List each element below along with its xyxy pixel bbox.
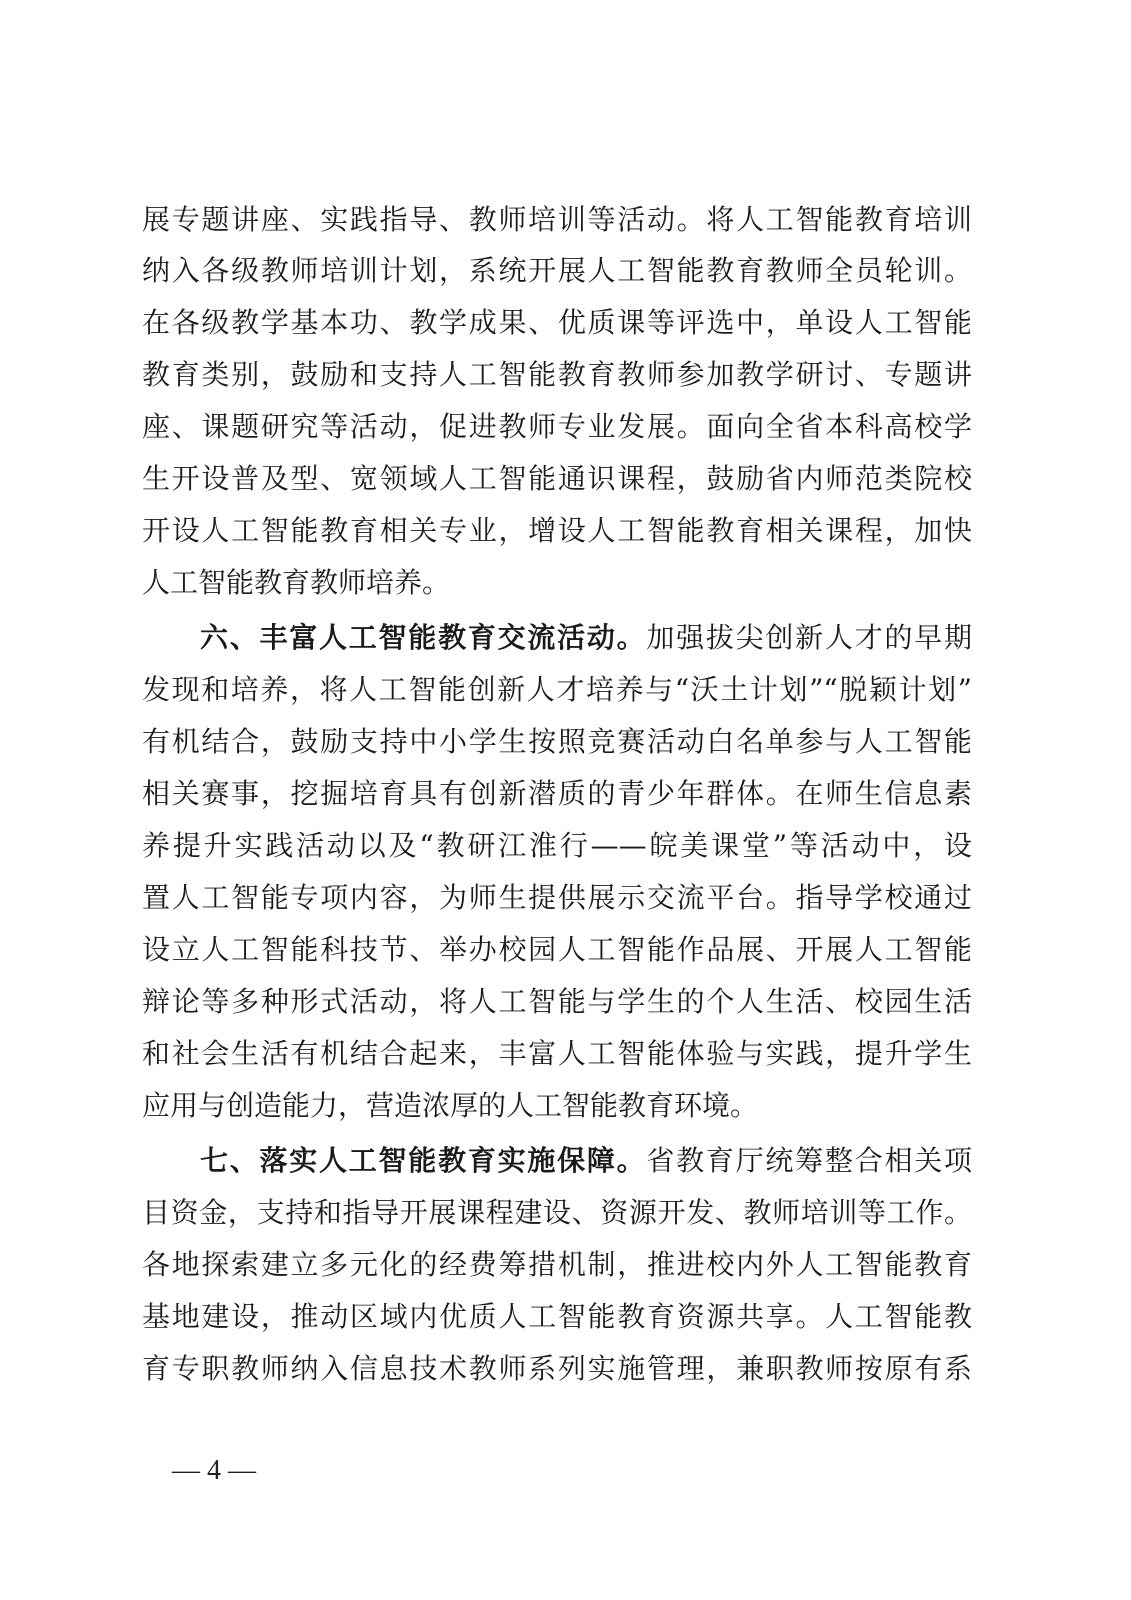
paragraph-line: 发现和培养，将人工智能创新人才培养与“沃土计划”“脱颖计划” — [142, 670, 972, 710]
paragraph-line: 座、课题研究等活动，促进教师专业发展。面向全省本科高校学 — [142, 407, 972, 447]
section-6-text: 加强拔尖创新人才的早期 — [646, 621, 972, 654]
paragraph-line: 基地建设，推动区域内优质人工智能教育资源共享。人工智能教 — [142, 1297, 972, 1337]
paragraph-line: 各地探索建立多元化的经费筹措机制，推进校内外人工智能教育 — [142, 1245, 972, 1285]
paragraph-line: 和社会生活有机结合起来，丰富人工智能体验与实践，提升学生 — [142, 1034, 972, 1074]
paragraph-line: 辩论等多种形式活动，将人工智能与学生的个人生活、校园生活 — [142, 982, 972, 1022]
page-number: — 4 — — [172, 1455, 256, 1487]
paragraph-line: 教育类别，鼓励和支持人工智能教育教师参加教学研讨、专题讲 — [142, 355, 972, 395]
paragraph-line: 生开设普及型、宽领域人工智能通识课程，鼓励省内师范类院校 — [142, 459, 972, 499]
paragraph-line: 相关赛事，挖掘培育具有创新潜质的青少年群体。在师生信息素 — [142, 774, 972, 814]
paragraph-line: 应用与创造能力，营造浓厚的人工智能教育环境。 — [142, 1086, 972, 1126]
paragraph-line: 置人工智能专项内容，为师生提供展示交流平台。指导学校通过 — [142, 878, 972, 918]
section-7-first-line: 七、落实人工智能教育实施保障。省教育厅统筹整合相关项 — [200, 1141, 972, 1181]
document-page: 展专题讲座、实践指导、教师培训等活动。将人工智能教育培训 纳入各级教师培训计划，… — [0, 0, 1131, 1600]
paragraph-line: 纳入各级教师培训计划，系统开展人工智能教育教师全员轮训。 — [142, 251, 972, 291]
paragraph-line: 开设人工智能教育相关专业，增设人工智能教育相关课程，加快 — [142, 511, 972, 551]
paragraph-line: 展专题讲座、实践指导、教师培训等活动。将人工智能教育培训 — [142, 200, 972, 240]
section-7-heading: 七、落实人工智能教育实施保障。 — [200, 1144, 646, 1177]
paragraph-line: 设立人工智能科技节、举办校园人工智能作品展、开展人工智能 — [142, 930, 972, 970]
section-6-heading: 六、丰富人工智能教育交流活动。 — [200, 621, 646, 654]
paragraph-line: 目资金，支持和指导开展课程建设、资源开发、教师培训等工作。 — [142, 1193, 972, 1233]
paragraph-line: 养提升实践活动以及“教研江淮行——皖美课堂”等活动中，设 — [142, 826, 972, 866]
section-7-text: 省教育厅统筹整合相关项 — [646, 1144, 972, 1177]
paragraph-line: 在各级教学基本功、教学成果、优质课等评选中，单设人工智能 — [142, 303, 972, 343]
paragraph-line: 人工智能教育教师培养。 — [142, 563, 972, 603]
section-6-first-line: 六、丰富人工智能教育交流活动。加强拔尖创新人才的早期 — [200, 618, 972, 658]
paragraph-line: 有机结合，鼓励支持中小学生按照竞赛活动白名单参与人工智能 — [142, 722, 972, 762]
paragraph-line: 育专职教师纳入信息技术教师系列实施管理，兼职教师按原有系 — [142, 1349, 972, 1389]
